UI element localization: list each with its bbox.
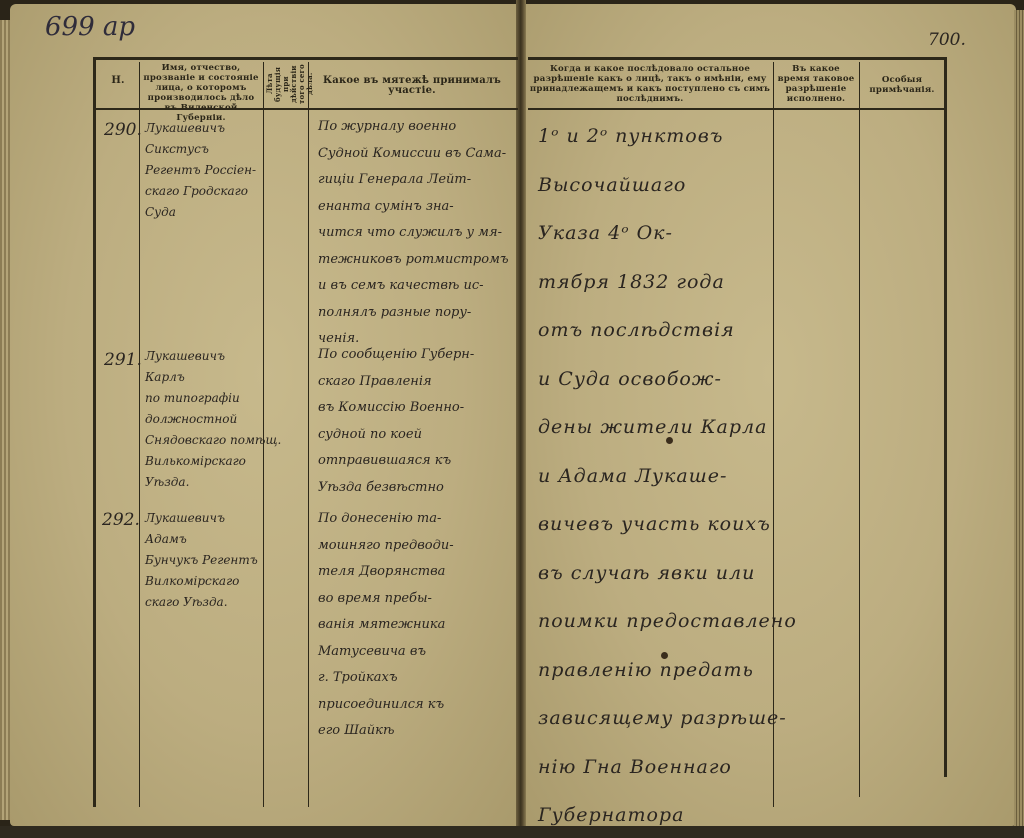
entry-number-292: 292. bbox=[102, 510, 140, 530]
ink-spot bbox=[666, 437, 673, 444]
resolution-line: тября 1832 года bbox=[538, 258, 797, 307]
left-header-top-rule bbox=[94, 57, 518, 60]
participation-line: судной по коей bbox=[318, 422, 474, 449]
name-line: Уѣзда. bbox=[145, 472, 281, 493]
header-remarks: Особыя примѣчанія. bbox=[861, 75, 943, 95]
left-outer-border bbox=[93, 57, 96, 807]
name-line: скаго Уѣзда. bbox=[145, 592, 258, 613]
resolution-line: дены жители Карла bbox=[538, 403, 797, 452]
participation-line: тежниковъ ротмистромъ bbox=[318, 247, 509, 274]
name-line: Сикстусъ bbox=[145, 139, 256, 160]
name-line: Лукашевичъ bbox=[145, 508, 258, 529]
participation-line: енанта сумінъ зна- bbox=[318, 194, 509, 221]
entry-292-name: Лукашевичъ Адамъ Бунчукъ Регентъ Вилкомі… bbox=[145, 508, 258, 613]
participation-line: теля Дворянства bbox=[318, 559, 454, 586]
name-line: Адамъ bbox=[145, 529, 258, 550]
name-line: по типографіи bbox=[145, 388, 281, 409]
name-line: Вилькомірскаго bbox=[145, 451, 281, 472]
left-col-divider-1 bbox=[139, 62, 140, 807]
name-line: Лукашевичъ bbox=[145, 346, 281, 367]
right-outer-border bbox=[944, 57, 947, 777]
open-ledger-book: 699 ap 700. Н. Имя, отчество, прозваніе … bbox=[0, 0, 1024, 838]
name-line: Бунчукъ Регентъ bbox=[145, 550, 258, 571]
resolution-line: въ случаѣ явки или bbox=[538, 549, 797, 598]
participation-line: Матусевича въ bbox=[318, 639, 454, 666]
header-executed: Въ какое время таковое разрѣшеніе исполн… bbox=[775, 64, 857, 104]
name-line: Карлъ bbox=[145, 367, 281, 388]
resolution-line: Указа 4ᵒ Ок- bbox=[538, 209, 797, 258]
header-resolution: Когда и какое послѣдовало остальное разр… bbox=[528, 64, 772, 104]
name-line: скаго Гродскаго bbox=[145, 181, 256, 202]
participation-line: во время пребы- bbox=[318, 586, 454, 613]
participation-line: скаго Правленія bbox=[318, 369, 474, 396]
resolution-line: поимки предоставлено bbox=[538, 597, 797, 646]
participation-line: въ Комиссію Военно- bbox=[318, 395, 474, 422]
header-participation: Какое въ мятежѣ принималъ участіе. bbox=[312, 76, 512, 96]
entry-290-name: Лукашевичъ Сикстусъ Регентъ Россiен- ска… bbox=[145, 118, 256, 223]
book-gutter bbox=[516, 0, 526, 838]
right-folio-number: 700. bbox=[928, 30, 966, 50]
entry-292-participation: По донесенію та- мошняго предводи- теля … bbox=[318, 506, 454, 745]
left-col-divider-3 bbox=[308, 62, 309, 807]
name-line: Вилкомірскаго bbox=[145, 571, 258, 592]
entry-number-291: 291. bbox=[104, 350, 142, 370]
resolution-line: Высочайшаго bbox=[538, 161, 797, 210]
participation-line: По сообщенію Губерн- bbox=[318, 342, 474, 369]
right-page-edges bbox=[1014, 10, 1024, 830]
name-line: должностной bbox=[145, 409, 281, 430]
header-number: Н. bbox=[98, 76, 138, 86]
right-header-bottom-rule bbox=[528, 108, 946, 110]
participation-line: присоединился къ bbox=[318, 692, 454, 719]
participation-line: отправившаяся къ bbox=[318, 448, 474, 475]
name-line: Суда bbox=[145, 202, 256, 223]
participation-line: его Шайкѣ bbox=[318, 718, 454, 745]
participation-line: ванія мятежника bbox=[318, 612, 454, 639]
entry-291-name: Лукашевичъ Карлъ по типографіи должностн… bbox=[145, 346, 281, 493]
participation-line: гиціи Генерала Лейт- bbox=[318, 167, 509, 194]
right-col-divider-2 bbox=[859, 62, 860, 797]
name-line: Лукашевичъ bbox=[145, 118, 256, 139]
left-folio-number: 699 ap bbox=[45, 12, 135, 42]
participation-line: Уѣзда безвѣстно bbox=[318, 475, 474, 502]
header-name: Имя, отчество, прозваніе и состояніе лиц… bbox=[141, 63, 261, 123]
resolution-line: Губернатора bbox=[538, 791, 797, 838]
participation-line: По донесенію та- bbox=[318, 506, 454, 533]
resolution-line: зависящему разрѣше- bbox=[538, 694, 797, 743]
name-line: Снядовскаго помѣщ. bbox=[145, 430, 281, 451]
participation-line: чится что служилъ у мя- bbox=[318, 220, 509, 247]
participation-line: По журналу военно bbox=[318, 114, 509, 141]
participation-line: г. Тройкахъ bbox=[318, 665, 454, 692]
ink-spot bbox=[661, 652, 668, 659]
entry-290-participation: По журналу военно Судной Комиссии въ Сам… bbox=[318, 114, 509, 353]
resolution-line: 1ᵒ и 2ᵒ пунктовъ bbox=[538, 112, 797, 161]
resolution-line: отъ послѣдствія bbox=[538, 306, 797, 355]
entry-291-participation: По сообщенію Губерн- скаго Правленія въ … bbox=[318, 342, 474, 501]
resolution-line: и Суда освобож- bbox=[538, 355, 797, 404]
participation-line: мошняго предводи- bbox=[318, 533, 454, 560]
right-header-top-rule bbox=[528, 57, 946, 60]
resolution-text: 1ᵒ и 2ᵒ пунктовъ Высочайшаго Указа 4ᵒ Ок… bbox=[538, 112, 797, 838]
header-age: Лѣта будущія при дѣйствіи того сего дѣла… bbox=[266, 62, 306, 106]
resolution-line: и Адама Лукаше- bbox=[538, 452, 797, 501]
name-line: Регентъ Россiен- bbox=[145, 160, 256, 181]
participation-line: Судной Комиссии въ Сама- bbox=[318, 141, 509, 168]
bottom-shadow bbox=[0, 826, 1024, 838]
resolution-line: вичевъ участь коихъ bbox=[538, 500, 797, 549]
participation-line: и въ семъ качествѣ ис- bbox=[318, 273, 509, 300]
entry-number-290: 290. bbox=[104, 120, 142, 140]
participation-line: полнялъ разные пору- bbox=[318, 300, 509, 327]
resolution-line: нію Гна Военнаго bbox=[538, 743, 797, 792]
